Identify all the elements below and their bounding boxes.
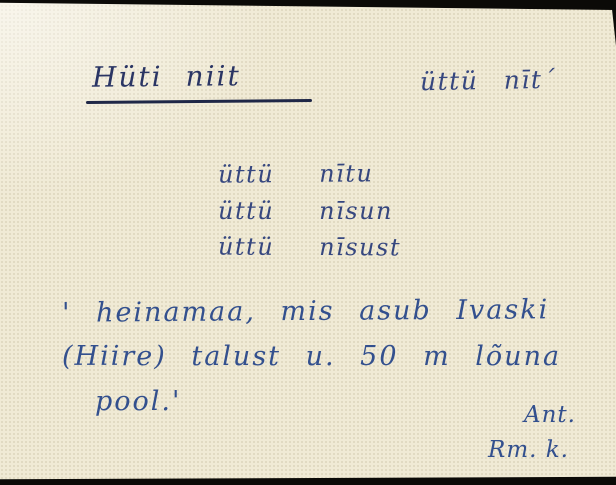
inflection-head: üttü bbox=[218, 197, 304, 225]
title-underline bbox=[86, 99, 312, 104]
inflection-form: nītu bbox=[319, 159, 373, 187]
inflection-row: üttü nītu bbox=[218, 159, 374, 188]
description-line-2: (Hiire) talust u. 50 m lõuna bbox=[62, 341, 561, 372]
inflection-form: nīsun bbox=[319, 197, 393, 225]
scan-edge-top bbox=[0, 0, 616, 10]
card-title: Hüti niit bbox=[92, 59, 241, 94]
signature-line-1: Ant. bbox=[524, 402, 576, 428]
scanned-card: Hüti niit üttü nīt´ üttü nītu üttü nīsun… bbox=[0, 0, 616, 485]
inflection-head: üttü bbox=[218, 160, 304, 189]
scan-edge-right bbox=[611, 0, 616, 46]
inflection-row: üttü nīsust bbox=[218, 233, 401, 262]
inflection-form: nīsust bbox=[319, 233, 401, 261]
inflection-row: üttü nīsun bbox=[218, 197, 393, 225]
description-line-1: ' heinamaa, mis asub Ivaski bbox=[62, 294, 549, 328]
description-line-3: pool.' bbox=[95, 386, 181, 417]
scan-edge-bottom bbox=[0, 475, 616, 485]
inflection-head: üttü bbox=[218, 233, 304, 261]
signature-line-2: Rm. k. bbox=[488, 437, 569, 463]
dialect-annotation: üttü nīt´ bbox=[420, 65, 557, 96]
